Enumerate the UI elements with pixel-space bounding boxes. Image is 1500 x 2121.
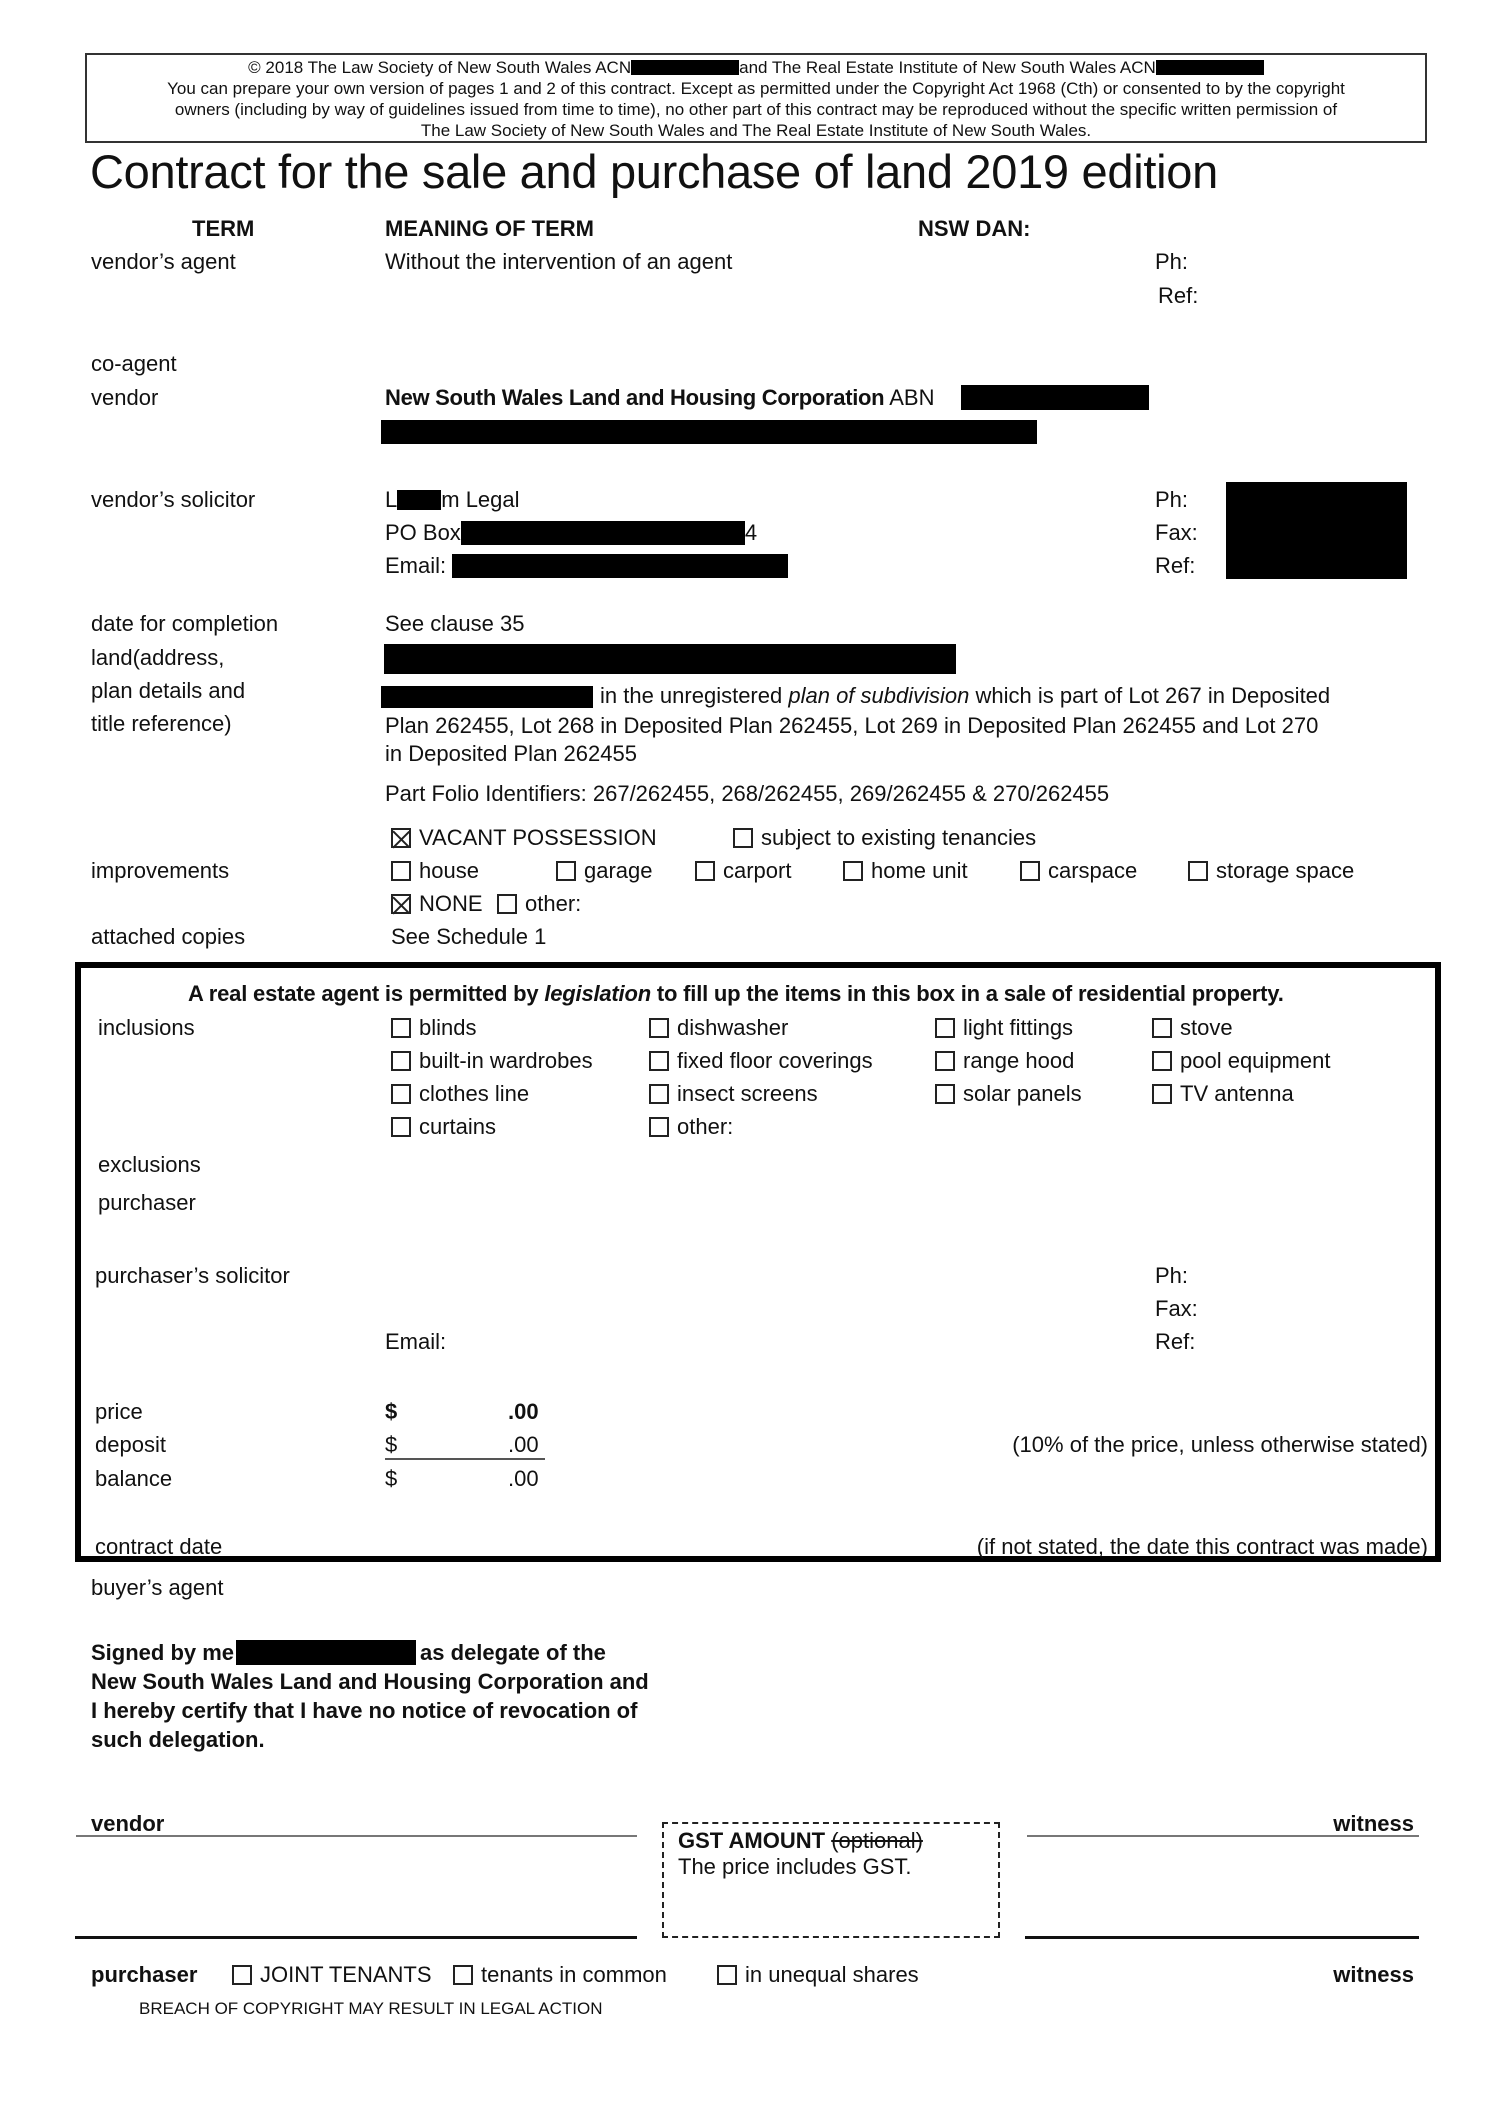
label-purchasers-solicitor: purchaser’s solicitor (95, 1263, 290, 1289)
checkbox-inclusion-dishwasher[interactable]: dishwasher (649, 1015, 788, 1041)
checkbox-icon[interactable] (391, 1084, 411, 1104)
checkbox-storage-space[interactable]: storage space (1188, 858, 1354, 884)
checkbox-icon[interactable] (232, 1965, 252, 1985)
checkbox-inclusion-pool-equipment[interactable]: pool equipment (1152, 1048, 1330, 1074)
checkbox-house[interactable]: house (391, 858, 479, 884)
redacted-email (452, 554, 788, 578)
solicitor-ref: Ref: (1155, 553, 1195, 579)
purchaser-solicitor-ref: Ref: (1155, 1329, 1195, 1355)
label-purchaser: purchaser (98, 1190, 196, 1216)
label-deposit: deposit (95, 1432, 166, 1458)
checkbox-icon[interactable] (391, 1018, 411, 1038)
checkbox-tenants-in-common[interactable]: tenants in common (453, 1962, 667, 1988)
attached-copies-value: See Schedule 1 (391, 924, 546, 950)
purchaser-solicitor-fax: Fax: (1155, 1296, 1198, 1322)
balance-amount[interactable]: .00 (508, 1466, 539, 1492)
contract-date-note: (if not stated, the date this contract w… (977, 1534, 1428, 1560)
checkbox-icon[interactable] (391, 1051, 411, 1071)
price-amount[interactable]: .00 (508, 1399, 539, 1425)
checkbox-unequal-shares[interactable]: in unequal shares (717, 1962, 919, 1988)
solicitor-email: Email: (385, 553, 788, 579)
vendors-agent-ref: Ref: (1158, 283, 1198, 309)
land-description-line-2: Plan 262455, Lot 268 in Deposited Plan 2… (385, 713, 1318, 739)
redacted-lot (381, 686, 593, 708)
header-meaning: MEANING OF TERM (385, 216, 594, 242)
solicitor-fax: Fax: (1155, 520, 1198, 546)
checkbox-icon[interactable] (556, 861, 576, 881)
checkbox-icon[interactable] (935, 1051, 955, 1071)
completion-value: See clause 35 (385, 611, 524, 637)
redacted-delegate-name (236, 1640, 416, 1665)
label-co-agent: co-agent (91, 351, 177, 377)
copyright-line-4: The Law Society of New South Wales and T… (87, 120, 1425, 141)
solicitor-po-box: PO Box4 (385, 520, 757, 546)
checkbox-icon[interactable] (649, 1018, 669, 1038)
label-purchaser-witness: witness (1333, 1962, 1414, 1988)
vendors-agent-ph: Ph: (1155, 249, 1188, 275)
checkbox-inclusion-fixed-floor-coverings[interactable]: fixed floor coverings (649, 1048, 873, 1074)
copyright-warning: BREACH OF COPYRIGHT MAY RESULT IN LEGAL … (139, 1999, 603, 2019)
checkbox-inclusion-built-in-wardrobes[interactable]: built-in wardrobes (391, 1048, 593, 1074)
gst-box: GST AMOUNT (optional) The price includes… (662, 1822, 1000, 1938)
redacted-abn (961, 385, 1149, 410)
label-vendor: vendor (91, 385, 158, 411)
deposit-note: (10% of the price, unless otherwise stat… (1012, 1432, 1428, 1458)
checkbox-icon[interactable] (649, 1117, 669, 1137)
checkbox-inclusion-solar-panels[interactable]: solar panels (935, 1081, 1082, 1107)
checkbox-icon[interactable] (1188, 861, 1208, 881)
redacted-po-box (461, 521, 745, 545)
checked-box-icon[interactable] (391, 828, 411, 848)
label-vendor-witness: witness (1333, 1811, 1414, 1837)
redacted-acn (631, 60, 739, 75)
checkbox-icon[interactable] (1152, 1018, 1172, 1038)
balance-currency: $ (385, 1466, 397, 1492)
vendor-signature-line[interactable] (76, 1835, 637, 1837)
checkbox-carport[interactable]: carport (695, 858, 791, 884)
purchaser-witness-line[interactable] (1025, 1936, 1419, 1939)
checkbox-inclusion-light-fittings[interactable]: light fittings (935, 1015, 1073, 1041)
label-date-for-completion: date for completion (91, 611, 278, 637)
checkbox-icon[interactable] (649, 1084, 669, 1104)
vendor-witness-line[interactable] (1027, 1835, 1419, 1837)
checkbox-icon[interactable] (1152, 1084, 1172, 1104)
price-currency: $ (385, 1399, 397, 1425)
page-title: Contract for the sale and purchase of la… (90, 144, 1218, 200)
checkbox-inclusion-curtains[interactable]: curtains (391, 1114, 496, 1140)
label-vendor-signature: vendor (91, 1811, 164, 1837)
agent-box-notice: A real estate agent is permitted by legi… (188, 981, 1284, 1007)
solicitor-firm: Lm Legal (385, 487, 520, 513)
checkbox-icon[interactable] (733, 828, 753, 848)
checkbox-icon[interactable] (649, 1051, 669, 1071)
purchaser-solicitor-ph: Ph: (1155, 1263, 1188, 1289)
checkbox-joint-tenants[interactable]: JOINT TENANTS (232, 1962, 432, 1988)
part-folio-identifiers: Part Folio Identifiers: 267/262455, 268/… (385, 781, 1109, 807)
checkbox-inclusion-insect-screens[interactable]: insect screens (649, 1081, 818, 1107)
redacted-solicitor-contacts (1226, 482, 1407, 579)
checkbox-inclusion-blinds[interactable]: blinds (391, 1015, 476, 1041)
checkbox-garage[interactable]: garage (556, 858, 653, 884)
label-purchaser-signature: purchaser (91, 1962, 197, 1988)
checkbox-icon[interactable] (497, 894, 517, 914)
checkbox-home-unit[interactable]: home unit (843, 858, 968, 884)
checkbox-inclusion-clothes-line[interactable]: clothes line (391, 1081, 529, 1107)
checkbox-icon[interactable] (935, 1084, 955, 1104)
purchaser-signature-line[interactable] (75, 1936, 637, 1939)
checkbox-existing-tenancies[interactable]: subject to existing tenancies (733, 825, 1036, 851)
redacted-acn (1156, 60, 1264, 75)
copyright-notice: © 2018 The Law Society of New South Wale… (85, 53, 1427, 143)
header-term: TERM (192, 216, 254, 242)
deposit-field[interactable]: $ .00 (385, 1432, 545, 1460)
purchaser-solicitor-email: Email: (385, 1329, 446, 1355)
label-attached-copies: attached copies (91, 924, 245, 950)
label-land-2: plan details and (91, 678, 245, 704)
checkbox-improvements-other[interactable]: other: (497, 891, 581, 917)
land-description-line-3: in Deposited Plan 262455 (385, 741, 637, 767)
checkbox-inclusion-tv-antenna[interactable]: TV antenna (1152, 1081, 1294, 1107)
delegation-statement: Signed by meas delegate of the New South… (91, 1638, 649, 1754)
label-price: price (95, 1399, 143, 1425)
label-inclusions: inclusions (98, 1015, 195, 1041)
checkbox-inclusion-other[interactable]: other: (649, 1114, 733, 1140)
vendors-agent-value: Without the intervention of an agent (385, 249, 732, 275)
solicitor-ph: Ph: (1155, 487, 1188, 513)
copyright-line-2: You can prepare your own version of page… (87, 78, 1425, 99)
checkbox-icon[interactable] (1152, 1051, 1172, 1071)
checked-box-icon[interactable] (391, 894, 411, 914)
gst-title: GST AMOUNT (optional) (678, 1828, 984, 1854)
checkbox-vacant-possession[interactable]: VACANT POSSESSION (391, 825, 657, 851)
label-vendors-solicitor: vendor’s solicitor (91, 487, 255, 513)
label-land-1: land(address, (91, 645, 224, 671)
vendor-name: New South Wales Land and Housing Corpora… (385, 385, 934, 411)
label-balance: balance (95, 1466, 172, 1492)
checkbox-icon[interactable] (453, 1965, 473, 1985)
checkbox-icon[interactable] (717, 1965, 737, 1985)
checkbox-none[interactable]: NONE (391, 891, 483, 917)
label-land-3: title reference) (91, 711, 232, 737)
label-improvements: improvements (91, 858, 229, 884)
gst-text: The price includes GST. (678, 1854, 984, 1880)
redacted-land-address (384, 644, 956, 674)
redacted-vendor-address (381, 420, 1037, 444)
checkbox-icon[interactable] (1020, 861, 1040, 881)
label-vendors-agent: vendor’s agent (91, 249, 236, 275)
label-exclusions: exclusions (98, 1152, 201, 1178)
label-buyers-agent: buyer’s agent (91, 1575, 224, 1601)
checkbox-icon[interactable] (391, 861, 411, 881)
checkbox-icon[interactable] (391, 1117, 411, 1137)
copyright-line-3: owners (including by way of guidelines i… (87, 99, 1425, 120)
copyright-line-1: © 2018 The Law Society of New South Wale… (87, 57, 1425, 78)
checkbox-inclusion-range-hood[interactable]: range hood (935, 1048, 1074, 1074)
checkbox-inclusion-stove[interactable]: stove (1152, 1015, 1233, 1041)
checkbox-icon[interactable] (935, 1018, 955, 1038)
redacted-firm-name (397, 490, 441, 510)
header-nsw-dan: NSW DAN: (918, 216, 1030, 242)
checkbox-icon[interactable] (843, 861, 863, 881)
checkbox-carspace[interactable]: carspace (1020, 858, 1137, 884)
land-description-line-1: in the unregistered plan of subdivision … (600, 683, 1330, 709)
checkbox-icon[interactable] (695, 861, 715, 881)
label-contract-date: contract date (95, 1534, 222, 1560)
